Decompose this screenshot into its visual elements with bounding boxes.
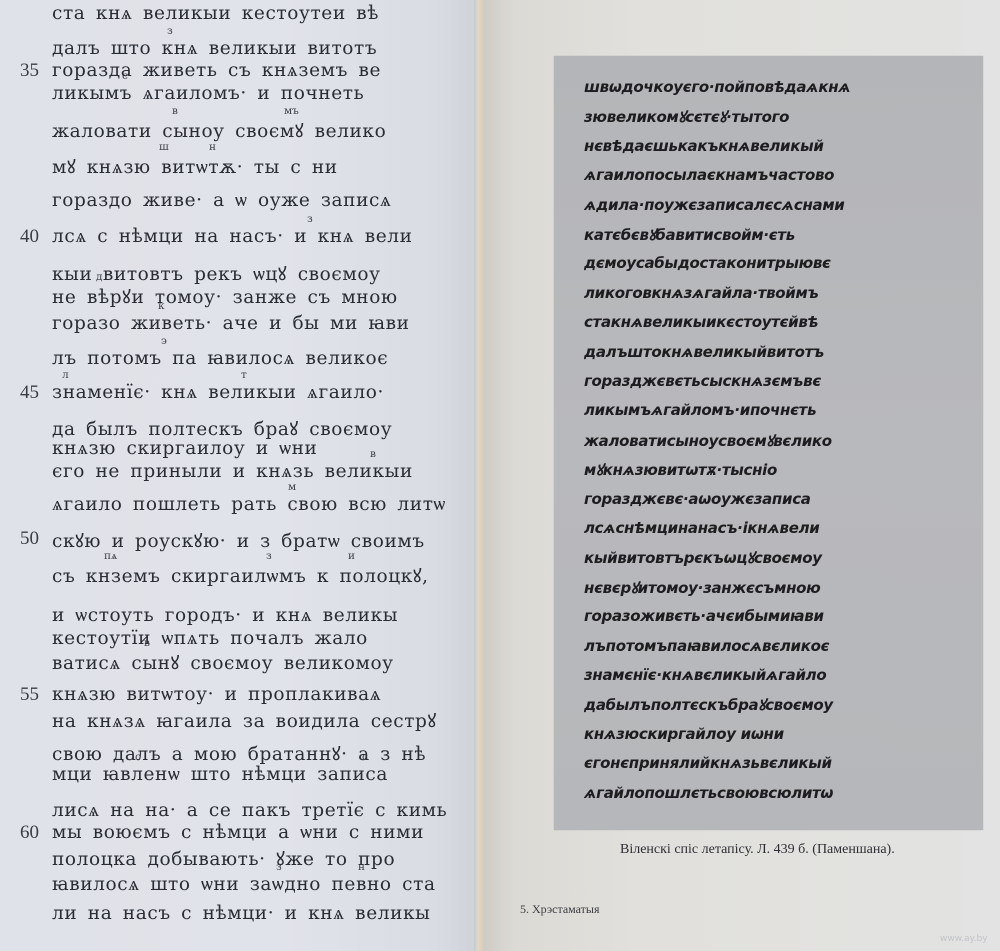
superscript-letter: н bbox=[358, 861, 365, 873]
text-line: жаловати сыноу своємꙋ великовмъ bbox=[0, 118, 474, 148]
watermark: www.ay.by bbox=[940, 934, 988, 944]
line-text: гораздо живе· а ѡ оуже записѧ bbox=[52, 190, 392, 212]
text-line: съ кнземъ скиргаилѡмъ к полоцкꙋ,пѧзи bbox=[0, 563, 474, 593]
manuscript-line: дабылъполтєскъбраꙋсвоємоу bbox=[584, 695, 969, 719]
superscript-letter: в bbox=[310, 0, 316, 2]
superscript-letter: н bbox=[209, 141, 216, 153]
line-text: горазда живеть съ кнѧземъ ве bbox=[52, 60, 381, 82]
line-number: 45 bbox=[20, 382, 50, 404]
text-line: ста кнѧ великыи кестоутеи вѣзв bbox=[0, 3, 474, 33]
text-line: єго не приныли и кнѧзь великыив bbox=[0, 461, 474, 491]
superscript-letter: с bbox=[122, 70, 128, 82]
superscript-letter: э bbox=[161, 335, 167, 347]
line-text: мци ꙗвленѡ што нѣмци записа bbox=[52, 764, 388, 786]
line-text: кнѧзю витѡтоу· и проплакиваѧ bbox=[52, 684, 381, 706]
line-text: на кнѧзѧ ꙗгаила за воидила сестрꙋ bbox=[52, 708, 437, 733]
line-text: мы воюємъ с нѣмци а ѡни с ними bbox=[52, 822, 424, 844]
line-text: кнѧзю скиргаилоу и ѡни bbox=[52, 438, 317, 460]
superscript-letter: з bbox=[167, 25, 173, 37]
superscript-letter: в bbox=[172, 105, 178, 117]
text-line: полоцка добывають· ꙋже то про bbox=[0, 846, 474, 876]
text-line: ватисѧ сынꙋ своємоу великомоув bbox=[0, 650, 474, 680]
superscript-letter: пѧ bbox=[104, 550, 117, 562]
manuscript-line: мꙋкнѧзювитѡтѫ·тысніо bbox=[584, 460, 969, 484]
manuscript-line: ликоговкнѧзѧгайла·твоймъ bbox=[584, 284, 969, 308]
text-line: мци ꙗвленѡ што нѣмци записасс bbox=[0, 764, 474, 794]
line-text: далъ што кнѧ великыи витотъ bbox=[52, 38, 377, 60]
manuscript-line: ѧгаилопосылаєкнамъчастово bbox=[584, 166, 969, 190]
line-text: съ кнземъ скиргаилѡмъ к полоцкꙋ, bbox=[52, 563, 429, 588]
book-spread: ста кнѧ великыи кестоутеи вѣзвдалъ што к… bbox=[0, 0, 1000, 951]
superscript-letter: т bbox=[241, 369, 247, 381]
superscript-letter: з bbox=[276, 861, 282, 873]
manuscript-line: лъпотомъпаꙗвилосѧвєликоє bbox=[584, 637, 969, 661]
manuscript-line: далъштокнѧвеликыйвитотъ bbox=[584, 343, 969, 367]
manuscript-line: єгонєпринялийкнѧзьвєликый bbox=[584, 754, 969, 778]
manuscript-line: катєбєвꙋбавитисвойм·єть bbox=[584, 225, 969, 249]
manuscript-line: ѧгайлопошлєтьсвоювсюлитѡ bbox=[584, 784, 969, 808]
line-text: горазо живеть· аче и бы ми ꙗви bbox=[52, 313, 410, 334]
superscript-letter: м bbox=[288, 481, 296, 493]
line-text: лъ потомъ па ꙗвилосѧ великоє bbox=[52, 348, 388, 370]
line-text: и ѡстоуть городъ· и кнѧ великы bbox=[52, 605, 398, 627]
manuscript-line: горазджєвє·аѡоужєзаписа bbox=[584, 490, 969, 514]
line-text: знаменїє· кнѧ великыи ѧгаило· bbox=[52, 382, 384, 404]
text-line: на кнѧзѧ ꙗгаила за воидила сестрꙋ bbox=[0, 708, 474, 738]
superscript-letter: в bbox=[370, 448, 376, 460]
text-line: лъ потомъ па ꙗвилосѧ великоєэ bbox=[0, 348, 474, 378]
manuscript-line: лсѧснѣмцинанасъ·ікнѧвели bbox=[584, 519, 969, 543]
superscript-letter: мъ bbox=[284, 105, 299, 117]
line-number: 50 bbox=[20, 528, 50, 550]
text-line: ꙗвилосѧ што ѡни заѡдно певно стазн bbox=[0, 874, 474, 904]
line-text: полоцка добывають· ꙋже то про bbox=[52, 846, 395, 871]
manuscript-line: стакнѧвеликыикєстоутєйвѣ bbox=[584, 313, 969, 337]
superscript-letter: д bbox=[96, 271, 102, 283]
superscript-letter: л bbox=[62, 369, 69, 381]
manuscript-line: ликымъѧгайломъ·ипочнєть bbox=[584, 401, 969, 425]
superscript-letter: к bbox=[158, 300, 165, 312]
line-text: ватисѧ сынꙋ своємоу великомоу bbox=[52, 650, 394, 675]
superscript-letter: з bbox=[108, 0, 114, 2]
line-text: ѧгаило пошлеть рать свою всю литѡ bbox=[52, 494, 446, 516]
line-text: ликымъ ѧгаиломъ· и почнеть bbox=[52, 83, 364, 105]
text-line: ѧгаило пошлеть рать свою всю литѡм bbox=[0, 494, 474, 524]
superscript-letter: з bbox=[307, 213, 313, 225]
text-line: 45знаменїє· кнѧ великыи ѧгаило·лт bbox=[0, 382, 474, 412]
left-page: ста кнѧ великыи кестоутеи вѣзвдалъ што к… bbox=[0, 0, 474, 951]
line-text: лсѧ с нѣмци на насъ· и кнѧ вели bbox=[52, 226, 413, 248]
line-text: кестоутїи ѡпѧть почалъ жало bbox=[52, 628, 368, 650]
text-line: мꙋ кнѧзю витѡтѫ· ты с нишн bbox=[0, 154, 474, 184]
superscript-letter: с bbox=[135, 751, 141, 763]
superscript-letter: в bbox=[144, 637, 150, 649]
manuscript-line: нєвєрꙋитомоу·занжєсъмною bbox=[584, 578, 969, 602]
manuscript-line: кнѧзюскиргайлоу иѡни bbox=[584, 725, 969, 749]
line-text: ꙗвилосѧ што ѡни заѡдно певно ста bbox=[52, 874, 436, 896]
line-text: лисѧ на на· а се пакъ третїє с кимь bbox=[52, 800, 447, 822]
manuscript-line: горазоживєть·ачєибымиꙗви bbox=[584, 607, 969, 631]
line-text: ста кнѧ великыи кестоутеи вѣ bbox=[52, 3, 379, 25]
manuscript-line: ѧдила·поужєзаписалєсѧснами bbox=[584, 196, 969, 220]
line-text: жаловати сыноу своємꙋ велико bbox=[52, 118, 386, 143]
superscript-letter: ш bbox=[159, 141, 169, 153]
superscript-letter: з bbox=[266, 550, 272, 562]
book-gutter bbox=[474, 0, 484, 951]
line-text: ли на насъ с нѣмци· и кнѧ великы bbox=[52, 903, 431, 925]
line-number: 40 bbox=[20, 226, 50, 248]
line-number: 60 bbox=[20, 822, 50, 844]
manuscript-line: дємоусабыдостаконитрыювє bbox=[584, 254, 969, 278]
manuscript-line: жаловатисыноусвоємꙋвєлико bbox=[584, 431, 969, 455]
figure-caption: Віленскі спіс летапісу. Л. 439 б. (Памен… bbox=[620, 842, 895, 858]
manuscript-line: знамєнїє·кнѧвєликыйѧгайло bbox=[584, 666, 969, 690]
manuscript-facsimile: швѡдочкоуєго·пойповѣдаѧкнѧзювеликомꙋсєтє… bbox=[554, 56, 983, 830]
text-line: 40лсѧ с нѣмци на насъ· и кнѧ велиз bbox=[0, 226, 474, 256]
superscript-letter: с bbox=[362, 751, 368, 763]
text-line: гораздо живе· а ѡ оуже записѧ bbox=[0, 190, 474, 220]
signature-mark: 5. Хрэстаматыя bbox=[520, 902, 600, 917]
superscript-letter: и bbox=[348, 550, 355, 562]
text-line: не вѣрꙋи томоу· занже съ мноюд bbox=[0, 284, 474, 314]
line-number: 35 bbox=[20, 60, 50, 82]
text-line: ликымъ ѧгаиломъ· и почнетьс bbox=[0, 83, 474, 113]
manuscript-line: швѡдочкоуєго·пойповѣдаѧкнѧ bbox=[584, 78, 969, 102]
line-number: 55 bbox=[20, 684, 50, 706]
line-text: мꙋ кнѧзю витѡтѫ· ты с ни bbox=[52, 154, 338, 179]
line-text: єго не приныли и кнѧзь великыи bbox=[52, 461, 413, 483]
manuscript-line: нєвѣдаєшькакъкнѧвеликый bbox=[584, 137, 969, 161]
text-line: горазо живеть· аче и бы ми ꙗвик bbox=[0, 313, 474, 343]
manuscript-line: зювеликомꙋсєтєꙋ·тытого bbox=[584, 107, 969, 131]
text-line: 50скꙋю и роускꙋю· и з братѡ своимъ bbox=[0, 528, 474, 558]
manuscript-line: горазджєвєтьсыскнѧзємъвє bbox=[584, 372, 969, 396]
line-text: свою далъ а мою братаннꙋ· а з нѣ bbox=[52, 741, 426, 766]
manuscript-line: кыйвитовтърєкъѡцꙋсвоємоу bbox=[584, 548, 969, 572]
text-line: ли на насъ с нѣмци· и кнѧ великы bbox=[0, 903, 474, 933]
line-text: не вѣрꙋи томоу· занже съ мною bbox=[52, 284, 398, 309]
